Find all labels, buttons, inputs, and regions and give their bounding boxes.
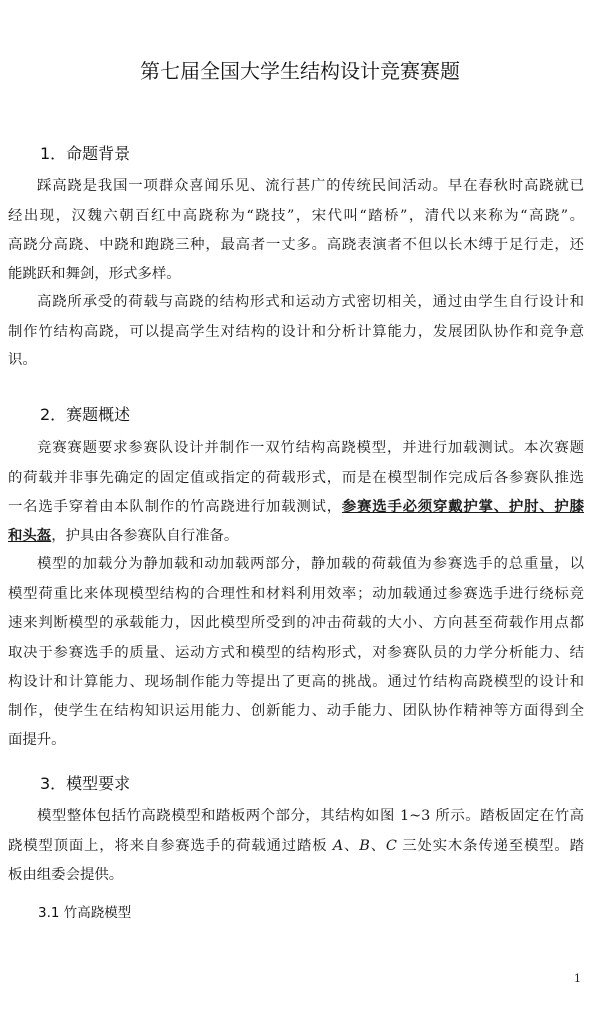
paragraph-text: 跷模型顶面上，将来自参赛选手的荷载通过踏板 xyxy=(8,838,333,854)
punctuation: ， xyxy=(51,528,65,544)
paragraph-line: 制作，使学生在结构知识运用能力、创新能力、动手能力、团队协作精神等方面得到全 xyxy=(8,701,584,721)
paragraph-line: 速来判断模型的承载能力，因此模型所受到的冲击荷载的大小、方向甚至荷载作用点都 xyxy=(8,613,584,633)
paragraph-text: 一名选手穿着由本队制作的竹高跷进行加载测试， xyxy=(8,499,342,515)
paragraph-line: 竞赛赛题要求参赛队设计并制作一双竹结构高跷模型，并进行加载测试。本次赛题 xyxy=(37,438,584,458)
safety-emphasis: 和头盔 xyxy=(8,527,51,544)
paragraph-text: 三处实木条传递至模型。踏 xyxy=(397,838,584,854)
paragraph-line: 高跷分高跷、中跷和跑跷三种，最高者一丈多。高跷表演者不但以长木缚于足行走，还 xyxy=(8,235,584,255)
subsection-heading-bamboo-stilt-model: 3.1 竹高跷模型 xyxy=(38,903,131,923)
paragraph-line: 一名选手穿着由本队制作的竹高跷进行加载测试，参赛选手必须穿戴护掌、护肘、护膝 xyxy=(8,497,584,517)
paragraph-line: 取决于参赛选手的质量、运动方式和模型的结构形式，对参赛队员的力学分析能力、结 xyxy=(8,643,584,663)
paragraph-line: 的荷载并非事先确定的固定值或指定的荷载形式，而是在模型制作完成后各参赛队推选 xyxy=(8,468,584,488)
paragraph-text: 护具由各参赛队自行准备。 xyxy=(66,528,239,544)
paragraph-line: 板由组委会提供。 xyxy=(8,865,584,885)
paragraph-line: 识。 xyxy=(8,350,584,370)
safety-emphasis: 参赛选手必须穿戴护掌、护肘、护膝 xyxy=(342,498,584,515)
document-page: 第七届全国大学生结构设计竞赛赛题 1．命题背景 踩高跷是我国一项群众喜闻乐见、流… xyxy=(0,0,600,1018)
label-a: A xyxy=(333,838,343,854)
paragraph-line: 能跳跃和舞剑，形式多样。 xyxy=(8,264,584,284)
paragraph-line: 构设计和计算能力、现场制作能力等提出了更高的挑战。通过竹结构高跷模型的设计和 xyxy=(8,672,584,692)
paragraph-line: 经出现，汉魏六朝百红中高跷称为“跷技”，宋代叫“踏桥”，清代以来称为“高跷”。 xyxy=(8,206,584,226)
paragraph-line: 模型整体包括竹高跷模型和踏板两个部分，其结构如图 1~3 所示。踏板固定在竹高 xyxy=(37,806,584,826)
paragraph-line: 踩高跷是我国一项群众喜闻乐见、流行甚广的传统民间活动。早在春秋时高跷就已 xyxy=(37,176,584,196)
label-c: C xyxy=(386,838,397,854)
paragraph-line: 面提升。 xyxy=(8,730,584,750)
paragraph-line: 和头盔，护具由各参赛队自行准备。 xyxy=(8,526,584,546)
paragraph-line: 制作竹结构高跷，可以提高学生对结构的设计和分析计算能力，发展团队协作和竞争意 xyxy=(8,322,584,342)
page-number: 1 xyxy=(574,972,581,985)
label-b: B xyxy=(359,838,370,854)
paragraph-line: 模型荷重比来体现模型结构的合理性和材料利用效率；动加载通过参赛选手进行绕标竞 xyxy=(8,584,584,604)
section-heading-model-requirements: 3．模型要求 xyxy=(40,772,130,796)
section-heading-overview: 2．赛题概述 xyxy=(40,403,130,427)
paragraph-line: 模型的加载分为静加载和动加载两部分，静加载的荷载值为参赛选手的总重量，以 xyxy=(37,554,584,574)
section-heading-background: 1．命题背景 xyxy=(40,142,130,166)
separator: 、 xyxy=(343,838,359,854)
paragraph-line: 跷模型顶面上，将来自参赛选手的荷载通过踏板 A、B、C 三处实木条传递至模型。踏 xyxy=(8,836,584,856)
paragraph-line: 高跷所承受的荷载与高跷的结构形式和运动方式密切相关，通过由学生自行设计和 xyxy=(37,292,584,312)
separator: 、 xyxy=(370,838,386,854)
document-title: 第七届全国大学生结构设计竞赛赛题 xyxy=(0,56,600,86)
